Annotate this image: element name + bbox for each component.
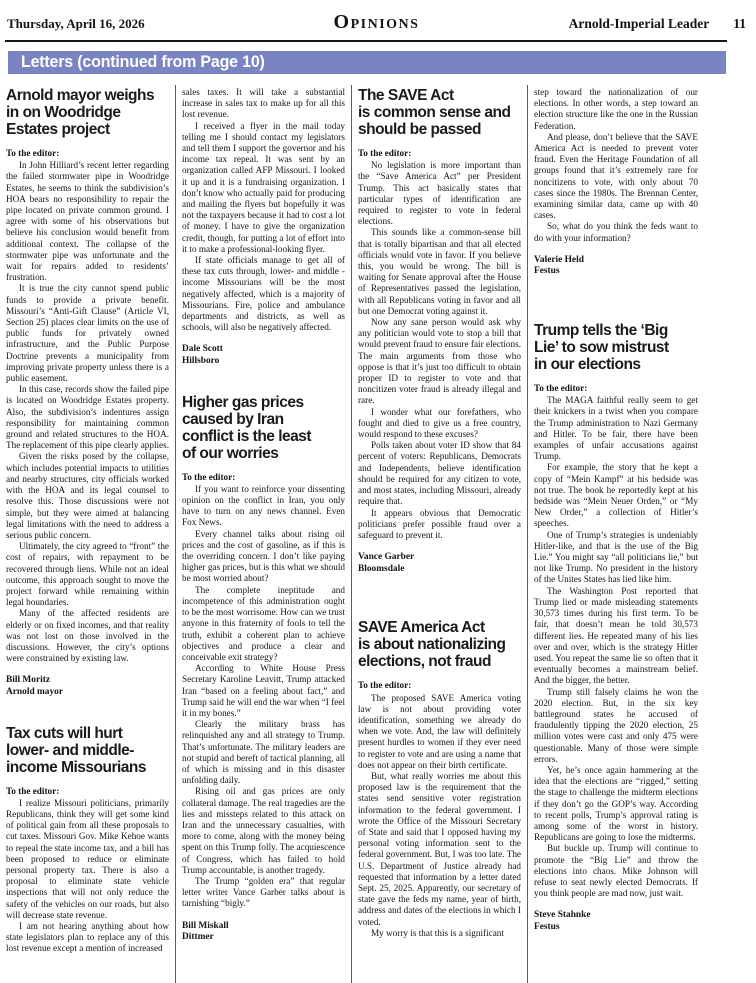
letter-signature: Bill MiskallDittmer	[182, 921, 345, 944]
letter-paragraph: step toward the nationalization of our e…	[534, 87, 698, 132]
signature-line: Valerie Held	[534, 255, 698, 267]
signature-line: Bill Moritz	[6, 675, 169, 687]
letter-paragraph: Trump still falsely claims he won the 20…	[534, 687, 698, 765]
publication-name: Arnold-Imperial Leader	[569, 16, 710, 31]
column-spacer	[358, 575, 521, 593]
signature-line: Dittmer	[182, 932, 345, 944]
letter-signature: Vance GarberBloomsdale	[358, 552, 521, 575]
letter-paragraph: But buckle up. Trump will continue to pr…	[534, 843, 698, 899]
letter-paragraph: No legislation is more important than th…	[358, 160, 521, 227]
letter-paragraph: Many of the affected residents are elder…	[6, 608, 169, 664]
signature-line: Steve Stahnke	[534, 910, 698, 922]
letter-salutation: To the editor:	[358, 148, 521, 159]
letter-paragraph: It is true the city cannot spend public …	[6, 283, 169, 384]
letter-salutation: To the editor:	[534, 383, 698, 394]
letter-paragraph: Given the risks posed by the collapse, w…	[6, 451, 169, 541]
letter-salutation: To the editor:	[6, 786, 169, 797]
letter-paragraph: I realize Missouri politicians, primaril…	[6, 798, 169, 921]
page-number: 11	[733, 16, 746, 31]
letter-signature: Steve StahnkeFestus	[534, 910, 698, 933]
letter-paragraph: Now any sane person would ask why any po…	[358, 317, 521, 407]
letter-paragraph: My worry is that this is a significant	[358, 928, 521, 939]
letter-paragraph: I received a flyer in the mail today tel…	[182, 121, 345, 255]
signature-line: Dale Scott	[182, 344, 345, 356]
letter-paragraph: It appears obvious that Democratic polit…	[358, 508, 521, 542]
letter-paragraph: Rising oil and gas prices are only colla…	[182, 786, 345, 876]
letter-signature: Bill MoritzArnold mayor	[6, 675, 169, 698]
letter-paragraph: In John Hilliard’s recent letter regardi…	[6, 160, 169, 283]
letter-signature: Dale ScottHillsboro	[182, 344, 345, 367]
letter-paragraph: Every channel talks about rising oil pri…	[182, 529, 345, 585]
letter-paragraph: The Trump “golden era” that regular lett…	[182, 876, 345, 910]
news-column: The SAVE Act is common sense and should …	[358, 85, 528, 983]
letter-signature: Valerie HeldFestus	[534, 255, 698, 278]
letter-salutation: To the editor:	[182, 472, 345, 483]
news-column: step toward the nationalization of our e…	[534, 85, 704, 983]
masthead: Thursday, April 16, 2026 Opinions Arnold…	[0, 0, 756, 34]
signature-line: Festus	[534, 266, 698, 278]
letter-paragraph: For example, the story that he kept a co…	[534, 462, 698, 529]
letter-paragraph: One of Trump’s strategies is undeniably …	[534, 530, 698, 586]
letter-paragraph: If state officials manage to get all of …	[182, 255, 345, 333]
letter-headline: Tax cuts will hurt lower- and middle- in…	[6, 725, 169, 776]
letter-paragraph: The complete ineptitude and incompetence…	[182, 585, 345, 663]
news-column: Arnold mayor weighs in on Woodridge Esta…	[6, 85, 176, 983]
letter-paragraph: Clearly the military brass has relinquis…	[182, 719, 345, 786]
signature-line: Bill Miskall	[182, 921, 345, 933]
letter-paragraph: And please, don’t believe that the SAVE …	[534, 132, 698, 222]
section-title: Opinions	[334, 11, 420, 33]
page-date: Thursday, April 16, 2026	[7, 16, 145, 31]
letter-headline: Higher gas prices caused by Iran conflic…	[182, 394, 345, 462]
masthead-rule	[5, 40, 727, 42]
letter-paragraph: If you want to reinforce your dissenting…	[182, 484, 345, 529]
letter-headline: The SAVE Act is common sense and should …	[358, 87, 521, 138]
letter-paragraph: Yet, he’s once again hammering at the id…	[534, 765, 698, 843]
letter-paragraph: But, what really worries me about this p…	[358, 771, 521, 928]
letter-paragraph: In this case, records show the failed pi…	[6, 384, 169, 451]
letter-headline: Trump tells the ‘Big Lie’ to sow mistrus…	[534, 322, 698, 373]
letters-banner-title: Letters (continued from Page 10)	[21, 51, 265, 74]
letter-paragraph: The MAGA faithful really seem to get the…	[534, 395, 698, 462]
letter-headline: Arnold mayor weighs in on Woodridge Esta…	[6, 87, 169, 138]
letter-paragraph: I am not hearing anything about how stat…	[6, 921, 169, 955]
column-spacer	[534, 278, 698, 296]
letters-columns: Arnold mayor weighs in on Woodridge Esta…	[6, 85, 756, 983]
signature-line: Vance Garber	[358, 552, 521, 564]
letter-paragraph: The Washington Post reported that Trump …	[534, 586, 698, 687]
letter-paragraph: According to White House Press Secretary…	[182, 663, 345, 719]
letter-salutation: To the editor:	[358, 680, 521, 691]
letter-paragraph: This sounds like a common-sense bill tha…	[358, 227, 521, 317]
signature-line: Arnold mayor	[6, 687, 169, 699]
news-column: sales taxes. It will take a substantial …	[182, 85, 352, 983]
letter-paragraph: I wonder what our forefathers, who fough…	[358, 407, 521, 441]
letter-paragraph: Ultimately, the city agreed to “front” t…	[6, 541, 169, 608]
signature-line: Hillsboro	[182, 356, 345, 368]
letter-headline: SAVE America Act is about nationalizing …	[358, 619, 521, 670]
letters-banner: Letters (continued from Page 10)	[8, 51, 726, 74]
signature-line: Festus	[534, 922, 698, 934]
letter-paragraph: So, what do you think the feds want to d…	[534, 221, 698, 243]
letter-paragraph: sales taxes. It will take a substantial …	[182, 87, 345, 121]
letter-paragraph: The proposed SAVE America voting law is …	[358, 693, 521, 771]
letter-paragraph: Polls taken about voter ID show that 84 …	[358, 440, 521, 507]
letter-salutation: To the editor:	[6, 148, 169, 159]
signature-line: Bloomsdale	[358, 564, 521, 576]
